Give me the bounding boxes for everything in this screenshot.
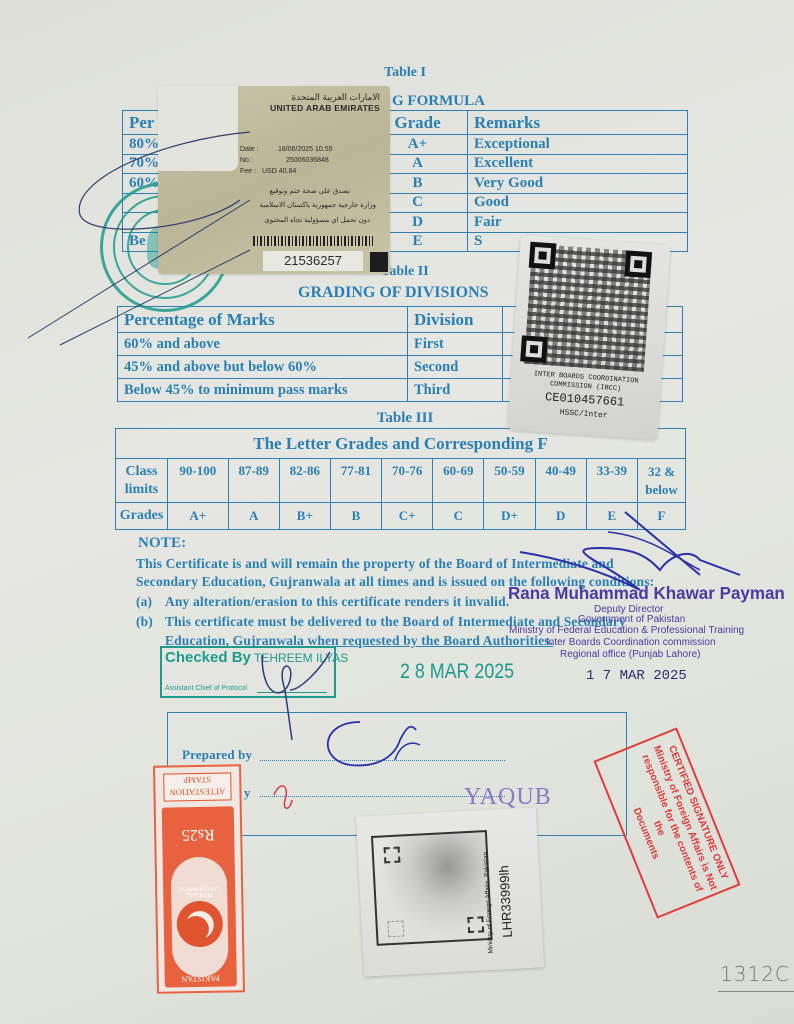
signature-stroke: [60, 250, 250, 345]
signature-stroke: [395, 743, 420, 760]
signature-stroke: [290, 652, 330, 690]
signature-stroke: [328, 722, 416, 765]
signature-stroke: [262, 655, 292, 740]
signature-ink-layer: [0, 0, 794, 1024]
signature-stroke: [28, 200, 250, 338]
signature-stroke: [274, 786, 292, 808]
signature-stroke: [79, 132, 250, 229]
signature-stroke: [520, 548, 740, 590]
